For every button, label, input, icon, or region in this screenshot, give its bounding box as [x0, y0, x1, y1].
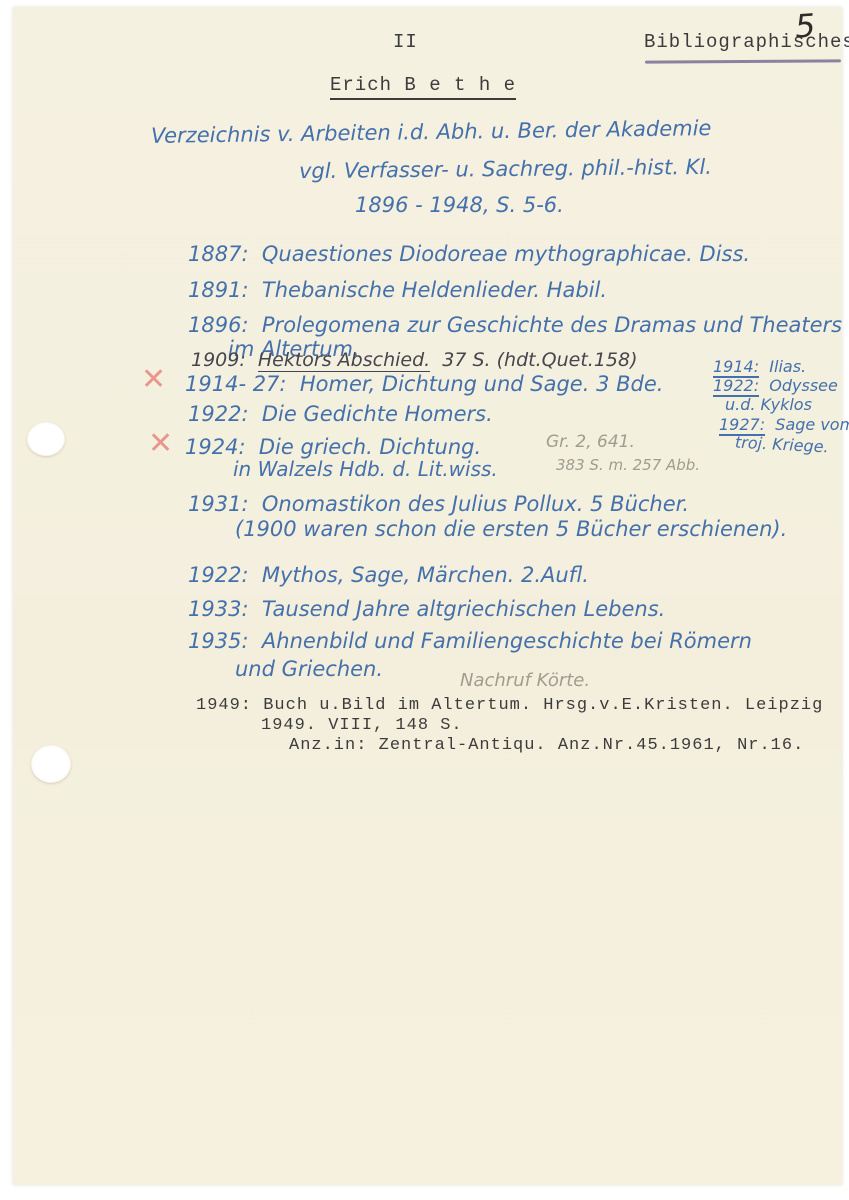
entry-year: 1914- 27: [185, 372, 287, 396]
entry-year: 1922: [188, 402, 249, 426]
margin-note-1914: 1914: Ilias. [713, 357, 806, 376]
margin-text: Ilias. [769, 357, 806, 376]
intro-line-3: 1896 - 1948, S. 5-6. [355, 193, 564, 217]
entry-year: 1891: [188, 278, 249, 302]
typed-entry-line-2: 1949. VIII, 148 S. [261, 716, 463, 735]
entry-1933: 1933: Tausend Jahre altgriechischen Lebe… [188, 597, 665, 621]
scanned-page: 5 II Bibliographisches Erich B e t h e V… [0, 0, 849, 1200]
paper-sheet: 5 II Bibliographisches Erich B e t h e V… [13, 7, 842, 1185]
page-title: Erich B e t h e [330, 74, 516, 100]
entry-text: Prolegomena zur Geschichte des Dramas un… [262, 313, 842, 337]
hole-punch-top [27, 422, 65, 456]
entry-year: 1922: [188, 563, 249, 587]
entry-1922-mythos: 1922: Mythos, Sage, Märchen. 2.Aufl. [188, 563, 589, 587]
entry-year: 1896: [188, 313, 249, 337]
header-right: Bibliographisches [644, 31, 849, 53]
entry-text: Mythos, Sage, Märchen. 2.Aufl. [262, 563, 589, 587]
entry-1924-continuation: in Walzels Hdb. d. Lit.wiss. [233, 457, 498, 481]
entry-text: 37 S. (hdt.Quet.158) [442, 349, 637, 371]
pencil-note-nachruf: Nachruf Körte. [460, 670, 590, 691]
margin-text: Odyssee [769, 376, 838, 395]
entry-1914-27: 1914- 27: Homer, Dichtung und Sage. 3 Bd… [185, 372, 663, 396]
pencil-note-gr: Gr. 2, 641. [546, 432, 635, 452]
typed-entry-line-3: Anz.in: Zentral-Antiqu. Anz.Nr.45.1961, … [289, 736, 804, 755]
margin-year: 1922: [713, 376, 759, 397]
margin-note-1927: 1927: Sage vom [719, 415, 849, 434]
entry-year: 1887: [188, 242, 249, 266]
typed-entry-line-1: 1949: Buch u.Bild im Altertum. Hrsg.v.E.… [196, 696, 823, 715]
entry-text: Die Gedichte Homers. [262, 402, 493, 426]
pencil-note-pages: 383 S. m. 257 Abb. [556, 456, 700, 474]
entry-text: Quaestiones Diodoreae mythographicae. Di… [262, 242, 750, 266]
entry-text: Ahnenbild und Familiengeschichte bei Röm… [262, 629, 752, 653]
entry-text: Homer, Dichtung und Sage. 3 Bde. [300, 372, 664, 396]
red-x-mark-1914: ✕ [141, 365, 166, 395]
entry-year: 1935: [188, 629, 249, 653]
entry-year: 1931: [188, 492, 249, 516]
margin-note-1927-continuation: troj. Kriege. [735, 433, 830, 457]
entry-1922-gedichte: 1922: Die Gedichte Homers. [188, 402, 493, 426]
entry-1909: 1909: Hektors Abschied. 37 S. (hdt.Quet.… [191, 349, 638, 371]
header-underline [645, 59, 841, 63]
intro-line-1: Verzeichnis v. Arbeiten i.d. Abh. u. Ber… [151, 116, 712, 148]
margin-year: 1914: [713, 357, 759, 378]
entry-1935-continuation: und Griechen. [235, 657, 383, 681]
entry-1887: 1887: Quaestiones Diodoreae mythographic… [188, 242, 750, 266]
entry-year: 1933: [188, 597, 249, 621]
intro-line-2: vgl. Verfasser- u. Sachreg. phil.-hist. … [299, 155, 712, 183]
margin-note-1922-continuation: u.d. Kyklos [725, 395, 812, 414]
entry-text: Die griech. Dichtung. [259, 435, 481, 459]
entry-1896: 1896: Prolegomena zur Geschichte des Dra… [188, 313, 842, 337]
entry-1931-continuation: (1900 waren schon die ersten 5 Bücher er… [235, 517, 787, 541]
entry-text: Onomastikon des Julius Pollux. 5 Bücher. [262, 492, 689, 516]
entry-1924: 1924: Die griech. Dichtung. [185, 435, 481, 459]
margin-note-1922: 1922: Odyssee [713, 376, 838, 395]
section-numeral: II [393, 31, 418, 53]
entry-year: 1924: [185, 435, 246, 459]
entry-year: 1909: [191, 349, 246, 371]
entry-text: Thebanische Heldenlieder. Habil. [262, 278, 607, 302]
hole-punch-bottom [31, 745, 71, 783]
entry-text: Tausend Jahre altgriechischen Lebens. [262, 597, 665, 621]
entry-title-underlined: Hektors Abschied. [258, 349, 430, 372]
entry-1931: 1931: Onomastikon des Julius Pollux. 5 B… [188, 492, 689, 516]
margin-text: Sage vom [775, 415, 849, 434]
red-x-mark-1924: ✕ [148, 429, 173, 459]
entry-1935: 1935: Ahnenbild und Familiengeschichte b… [188, 629, 752, 653]
entry-1891: 1891: Thebanische Heldenlieder. Habil. [188, 278, 607, 302]
